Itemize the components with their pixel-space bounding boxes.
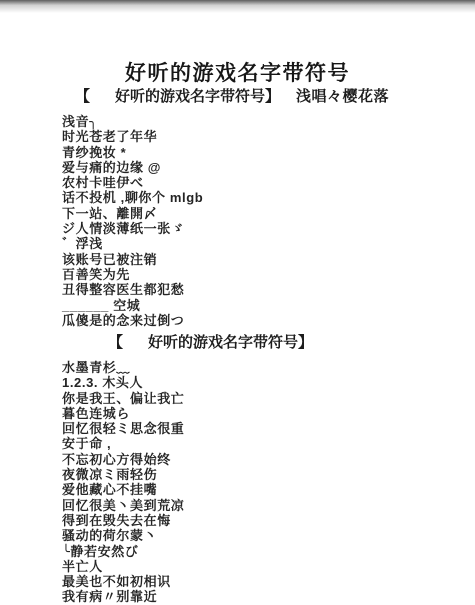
subtitle-row: 【 好听的游戏名字带符号】 浅唱々樱花落 <box>0 85 475 103</box>
game-name-item: 下一站、離開〆 <box>62 206 203 221</box>
game-name-list-one: 浅音╮ 时光苍老了年华 青纱挽妆 * 爱与痛的边缘 @ 农村卡哇伊べ 话不投机 … <box>62 114 203 328</box>
game-name-item: 你是我王、偏让我亡 <box>62 391 184 406</box>
section-one-header: 【 好听的游戏名字带符号】 <box>75 85 280 106</box>
game-name-item: 我有病〃别靠近 <box>62 589 184 604</box>
game-name-item: ゛浮浅 <box>62 236 203 251</box>
game-name-item: 浅音╮ <box>62 114 203 129</box>
game-name-item: 暮色连城ら <box>62 406 184 421</box>
game-name-item: 夜微凉ミ雨轻伤 <box>62 467 184 482</box>
game-name-item: 青纱挽妆 * <box>62 145 203 160</box>
game-name-item: 不忘初心方得始终 <box>62 452 184 467</box>
scan-shadow <box>0 0 475 13</box>
game-name-item: 水墨青杉﹏ <box>62 360 184 375</box>
game-name-item: 瓜傻是的念来过倒つ <box>62 313 203 328</box>
game-name-item: 时光苍老了年华 <box>62 129 203 144</box>
game-name-item: ジ人情淡薄纸一张ゞ <box>62 221 203 236</box>
game-name-item: 丑得整容医生都犯愁 <box>62 282 203 297</box>
game-name-list-two: 水墨青杉﹏ 1.2.3. 木头人 你是我王、偏让我亡 暮色连城ら 回忆很轻ミ思念… <box>62 360 184 605</box>
author-name: 浅唱々樱花落 <box>296 85 389 106</box>
game-name-item: 爱他藏心不挂嘴 <box>62 482 184 497</box>
game-name-item: 最美也不如初相识 <box>62 574 184 589</box>
section-two-header: 【 好听的游戏名字带符号】 <box>108 331 313 352</box>
game-name-item: 半亡人 <box>62 559 184 574</box>
game-name-item: 该账号已被注销 <box>62 252 203 267</box>
page-title: 好听的游戏名字带符号 <box>0 57 475 87</box>
game-name-item: 回忆很美丶美到荒凉 <box>62 498 184 513</box>
game-name-item: 百善笑为先 <box>62 267 203 282</box>
game-name-item: 话不投机 ,聊你个 mlgb <box>62 190 203 205</box>
game-name-item: 1.2.3. 木头人 <box>62 375 184 390</box>
game-name-item: 回忆很轻ミ思念很重 <box>62 421 184 436</box>
game-name-item: 得到在毁失去在悔 <box>62 513 184 528</box>
game-name-item: 安于命 , <box>62 436 184 451</box>
game-name-item: 骚动的荷尔蒙丶 <box>62 528 184 543</box>
game-name-item: 爱与痛的边缘 @ <box>62 160 203 175</box>
game-name-item: 农村卡哇伊べ <box>62 175 203 190</box>
game-name-item: ╰静若安然び <box>62 544 184 559</box>
game-name-item: ______ 空城 <box>62 298 203 313</box>
document-page: 好听的游戏名字带符号 【 好听的游戏名字带符号】 浅唱々樱花落 浅音╮ 时光苍老… <box>0 0 475 605</box>
